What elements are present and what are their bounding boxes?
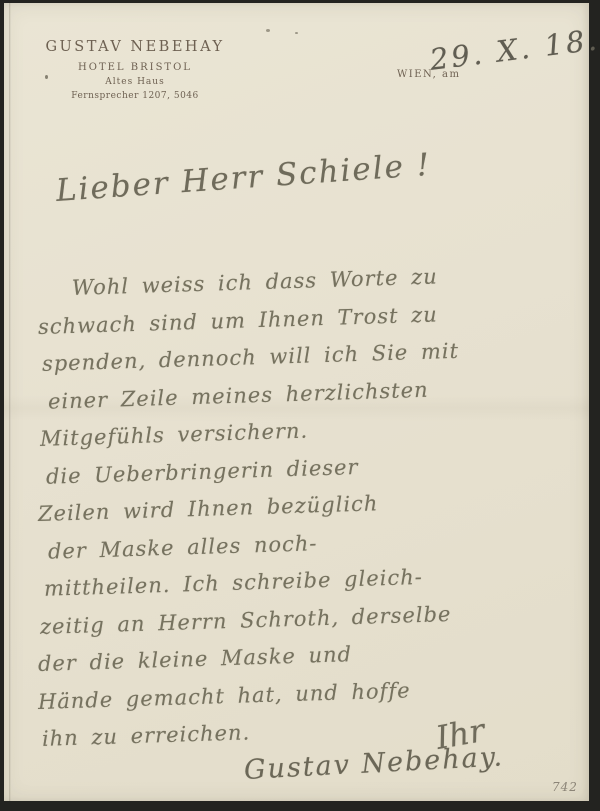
letterhead: GUSTAV NEBEHAY HOTEL BRISTOL Altes Haus … (42, 39, 228, 101)
letterhead-building: Altes Haus (42, 77, 228, 87)
letter-body: Wohl weiss ich dass Worte zu schwach sin… (38, 271, 578, 759)
letterhead-hotel: HOTEL BRISTOL (42, 62, 228, 73)
handwritten-date: 29. X. 18. (428, 22, 600, 77)
paper-speck (295, 32, 298, 34)
scan-background: GUSTAV NEBEHAY HOTEL BRISTOL Altes Haus … (0, 0, 600, 811)
letterhead-phone: Fernsprecher 1207, 5046 (42, 91, 228, 101)
inventory-number: 742 (552, 780, 578, 794)
salutation: Lieber Herr Schiele ! (55, 147, 433, 209)
letterhead-name: GUSTAV NEBEHAY (42, 39, 228, 55)
paper-speck (266, 29, 270, 32)
letter-paper: GUSTAV NEBEHAY HOTEL BRISTOL Altes Haus … (4, 3, 589, 801)
